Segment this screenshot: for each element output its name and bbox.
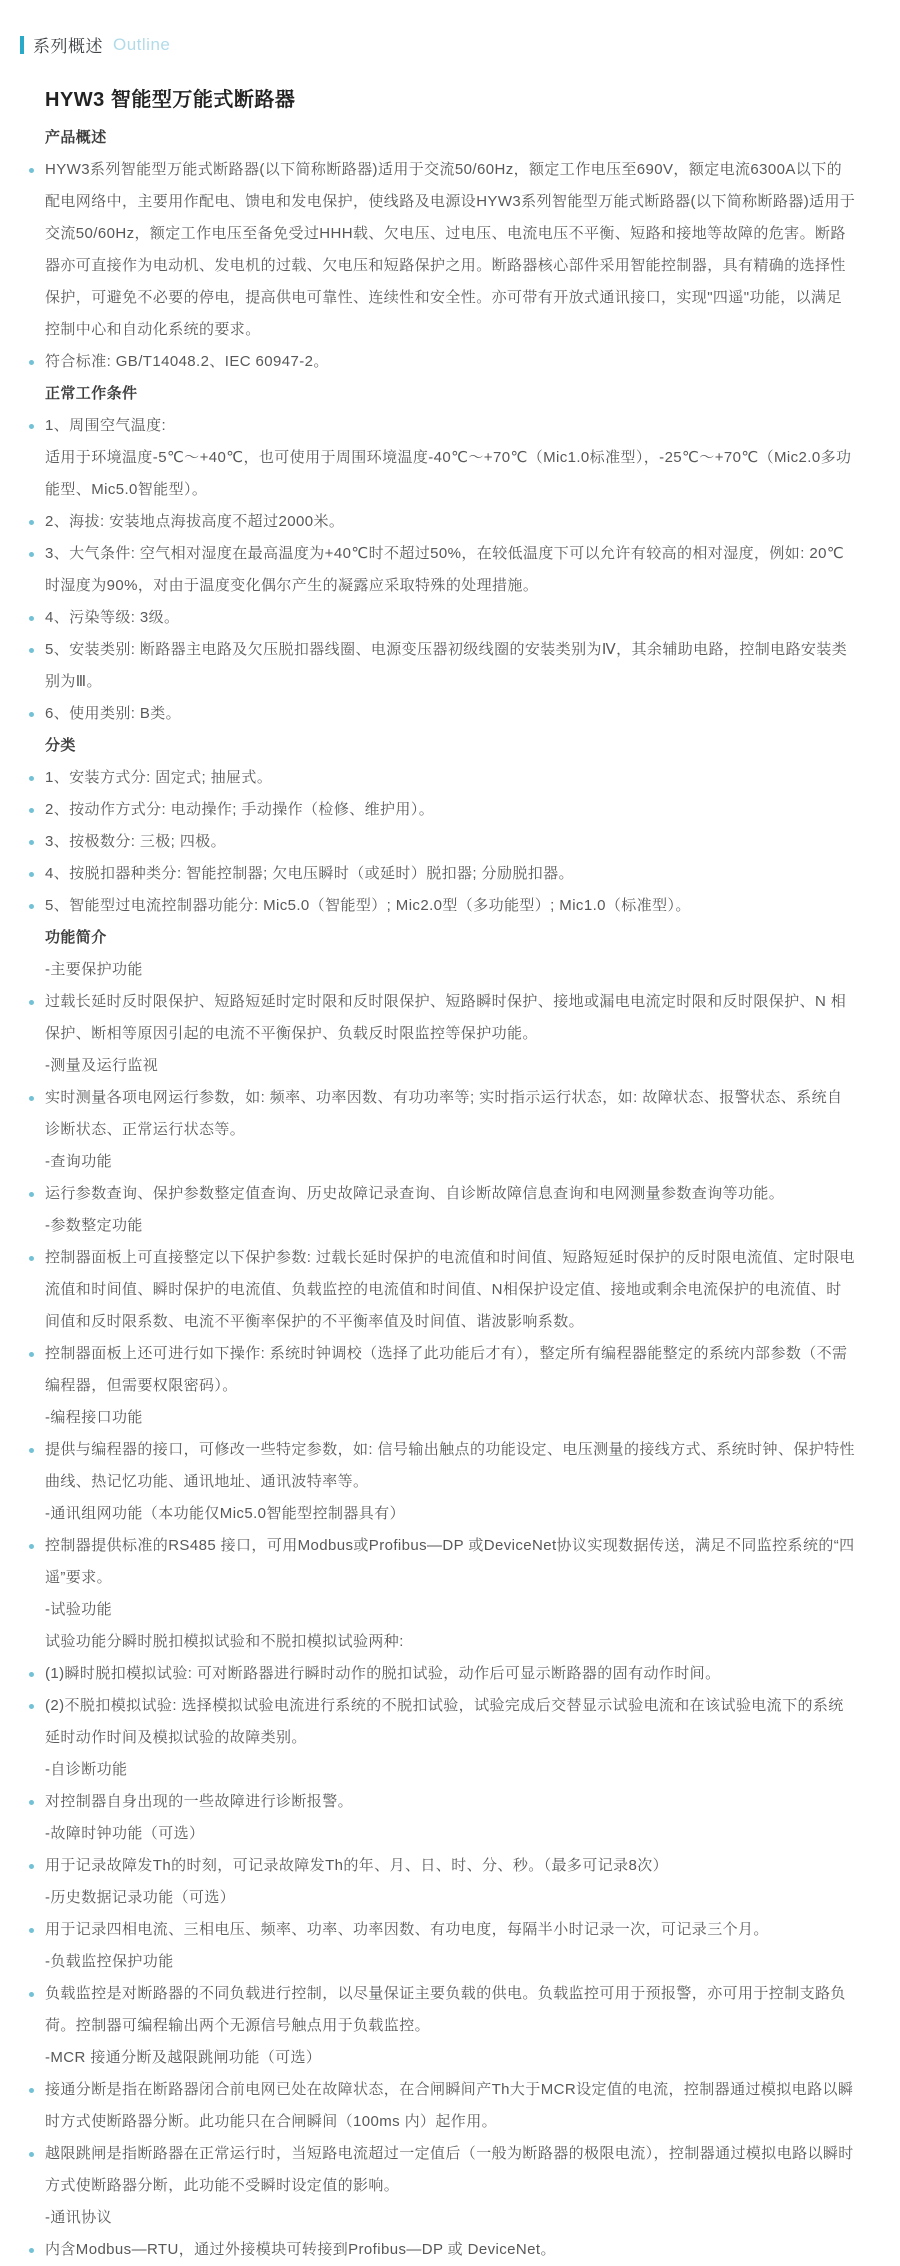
bullet-item: 内含Modbus—RTU，通过外接模块可转接到Profibus—DP 或 Dev… <box>45 2234 857 2266</box>
bullet-item: 用于记录故障发Th的时刻，可记录故障发Th的年、月、日、时、分、秒。（最多可记录… <box>45 1850 857 1882</box>
block-text: 过载长延时反时限保护、短路短延时定时限和反时限保护、短路瞬时保护、接地或漏电电流… <box>45 993 846 1042</box>
block-text: 适用于环境温度-5℃～+40℃，也可使用于周围环境温度-40℃～+70℃（Mic… <box>45 449 851 498</box>
block-text: 试验功能分瞬时脱扣模拟试验和不脱扣模拟试验两种: <box>45 1633 404 1650</box>
bullet-dot-icon <box>29 1192 34 1197</box>
block-text: 2、海拔: 安装地点海拔高度不超过2000米。 <box>45 513 344 530</box>
bullet-item: 负载监控是对断路器的不同负载进行控制，以尽量保证主要负载的供电。负载监控可用于预… <box>45 1978 857 2042</box>
text-line: -编程接口功能 <box>45 1402 857 1434</box>
bullet-dot-icon <box>29 840 34 845</box>
block-text: 用于记录故障发Th的时刻，可记录故障发Th的年、月、日、时、分、秒。（最多可记录… <box>45 1857 668 1874</box>
bullet-item: 1、安装方式分: 固定式; 抽屉式。 <box>45 762 857 794</box>
bullet-dot-icon <box>29 712 34 717</box>
block-text: 负载监控是对断路器的不同负载进行控制，以尽量保证主要负载的供电。负载监控可用于预… <box>45 1985 846 2034</box>
block-text: 1、安装方式分: 固定式; 抽屉式。 <box>45 769 272 786</box>
bullet-item: 对控制器自身出现的一些故障进行诊断报警。 <box>45 1786 857 1818</box>
bullet-dot-icon <box>29 1448 34 1453</box>
bullet-dot-icon <box>29 1704 34 1709</box>
text-line: -通讯协议 <box>45 2202 857 2234</box>
block-text: -历史数据记录功能（可选） <box>45 1889 235 1906</box>
block-text: -负载监控保护功能 <box>45 1953 174 1970</box>
bullet-dot-icon <box>29 872 34 877</box>
section-heading: 产品概述 <box>45 122 857 154</box>
bullet-item: (1)瞬时脱扣模拟试验: 可对断路器进行瞬时动作的脱扣试验，动作后可显示断路器的… <box>45 1658 857 1690</box>
text-line: 试验功能分瞬时脱扣模拟试验和不脱扣模拟试验两种: <box>45 1626 857 1658</box>
section-heading: 分类 <box>45 730 857 762</box>
bullet-dot-icon <box>29 1992 34 1997</box>
bullet-dot-icon <box>29 904 34 909</box>
block-text: 对控制器自身出现的一些故障进行诊断报警。 <box>45 1793 353 1810</box>
block-text: 正常工作条件 <box>45 385 137 402</box>
bullet-dot-icon <box>29 424 34 429</box>
block-text: -通讯组网功能（本功能仅Mic5.0智能型控制器具有） <box>45 1505 405 1522</box>
bullet-dot-icon <box>29 1928 34 1933</box>
text-line: -主要保护功能 <box>45 954 857 986</box>
bullet-item: 3、按极数分: 三极; 四极。 <box>45 826 857 858</box>
bullet-dot-icon <box>29 648 34 653</box>
block-text: -主要保护功能 <box>45 961 143 978</box>
bullet-dot-icon <box>29 776 34 781</box>
section-heading: 功能简介 <box>45 922 857 954</box>
block-text: -通讯协议 <box>45 2209 112 2226</box>
bullet-item: 运行参数查询、保护参数整定值查询、历史故障记录查询、自诊断故障信息查询和电网测量… <box>45 1178 857 1210</box>
block-text: 6、使用类别: B类。 <box>45 705 181 722</box>
block-text: 产品概述 <box>45 129 107 146</box>
bullet-dot-icon <box>29 1096 34 1101</box>
section-label-en: Outline <box>113 35 170 55</box>
block-text: 控制器面板上可直接整定以下保护参数: 过载长延时保护的电流值和时间值、短路短延时… <box>45 1249 855 1330</box>
block-text: 运行参数查询、保护参数整定值查询、历史故障记录查询、自诊断故障信息查询和电网测量… <box>45 1185 784 1202</box>
bullet-dot-icon <box>29 1256 34 1261</box>
bullet-item: (2)不脱扣模拟试验: 选择模拟试验电流进行系统的不脱扣试验，试验完成后交替显示… <box>45 1690 857 1754</box>
block-text: 4、按脱扣器种类分: 智能控制器; 欠电压瞬时（或延时）脱扣器; 分励脱扣器。 <box>45 865 574 882</box>
text-line: -试验功能 <box>45 1594 857 1626</box>
block-text: (1)瞬时脱扣模拟试验: 可对断路器进行瞬时动作的脱扣试验，动作后可显示断路器的… <box>45 1665 720 1682</box>
bullet-dot-icon <box>29 1544 34 1549</box>
section-heading: 正常工作条件 <box>45 378 857 410</box>
block-text: -MCR 接通分断及越限跳闸功能（可选） <box>45 2049 321 2066</box>
bullet-dot-icon <box>29 2248 34 2253</box>
bullet-dot-icon <box>29 2152 34 2157</box>
block-text: 控制器面板上还可进行如下操作: 系统时钟调校（选择了此功能后才有），整定所有编程… <box>45 1345 847 1394</box>
bullet-item: 4、污染等级: 3级。 <box>45 602 857 634</box>
section-header: 系列概述 Outline <box>0 0 900 57</box>
content-blocks: 产品概述HYW3系列智能型万能式断路器(以下简称断路器)适用于交流50/60Hz… <box>45 122 857 2266</box>
bullet-dot-icon <box>29 2088 34 2093</box>
text-line: 适用于环境温度-5℃～+40℃，也可使用于周围环境温度-40℃～+70℃（Mic… <box>45 442 857 506</box>
block-text: 5、安装类别: 断路器主电路及欠压脱扣器线圈、电源变压器初级线圈的安装类别为Ⅳ，… <box>45 641 847 690</box>
block-text: 符合标准: GB/T14048.2、IEC 60947-2。 <box>45 353 329 370</box>
block-text: 功能简介 <box>45 929 107 946</box>
bullet-dot-icon <box>29 1672 34 1677</box>
bullet-dot-icon <box>29 1864 34 1869</box>
bullet-item: 控制器面板上还可进行如下操作: 系统时钟调校（选择了此功能后才有），整定所有编程… <box>45 1338 857 1402</box>
block-text: 内含Modbus—RTU，通过外接模块可转接到Profibus—DP 或 Dev… <box>45 2241 556 2258</box>
text-line: -故障时钟功能（可选） <box>45 1818 857 1850</box>
bullet-item: 2、按动作方式分: 电动操作; 手动操作（检修、维护用）。 <box>45 794 857 826</box>
bullet-dot-icon <box>29 1800 34 1805</box>
bullet-item: 越限跳闸是指断路器在正常运行时，当短路电流超过一定值后（一般为断路器的极限电流）… <box>45 2138 857 2202</box>
block-text: 控制器提供标准的RS485 接口，可用Modbus或Profibus—DP 或D… <box>45 1537 855 1586</box>
bullet-item: 4、按脱扣器种类分: 智能控制器; 欠电压瞬时（或延时）脱扣器; 分励脱扣器。 <box>45 858 857 890</box>
bullet-item: 6、使用类别: B类。 <box>45 698 857 730</box>
block-text: 5、智能型过电流控制器功能分: Mic5.0（智能型）; Mic2.0型（多功能… <box>45 897 691 914</box>
bullet-item: 用于记录四相电流、三相电压、频率、功率、功率因数、有功电度，每隔半小时记录一次，… <box>45 1914 857 1946</box>
block-text: 3、大气条件: 空气相对湿度在最高温度为+40℃时不超过50%，在较低温度下可以… <box>45 545 844 594</box>
block-text: 2、按动作方式分: 电动操作; 手动操作（检修、维护用）。 <box>45 801 434 818</box>
text-line: -MCR 接通分断及越限跳闸功能（可选） <box>45 2042 857 2074</box>
bullet-item: 过载长延时反时限保护、短路短延时定时限和反时限保护、短路瞬时保护、接地或漏电电流… <box>45 986 857 1050</box>
bullet-item: HYW3系列智能型万能式断路器(以下简称断路器)适用于交流50/60Hz，额定工… <box>45 154 857 346</box>
bullet-dot-icon <box>29 520 34 525</box>
block-text: 越限跳闸是指断路器在正常运行时，当短路电流超过一定值后（一般为断路器的极限电流）… <box>45 2145 854 2194</box>
block-text: 4、污染等级: 3级。 <box>45 609 179 626</box>
block-text: 实时测量各项电网运行参数，如: 频率、功率因数、有功功率等; 实时指示运行状态，… <box>45 1089 842 1138</box>
block-text: 接通分断是指在断路器闭合前电网已处在故障状态，在合闸瞬间产Th大于MCR设定值的… <box>45 2081 853 2130</box>
page-title: HYW3 智能型万能式断路器 <box>45 83 900 112</box>
bullet-item: 2、海拔: 安装地点海拔高度不超过2000米。 <box>45 506 857 538</box>
bullet-dot-icon <box>29 808 34 813</box>
bullet-item: 5、智能型过电流控制器功能分: Mic5.0（智能型）; Mic2.0型（多功能… <box>45 890 857 922</box>
bullet-item: 5、安装类别: 断路器主电路及欠压脱扣器线圈、电源变压器初级线圈的安装类别为Ⅳ，… <box>45 634 857 698</box>
bullet-item: 符合标准: GB/T14048.2、IEC 60947-2。 <box>45 346 857 378</box>
bullet-item: 1、周围空气温度: <box>45 410 857 442</box>
block-text: 3、按极数分: 三极; 四极。 <box>45 833 226 850</box>
block-text: -测量及运行监视 <box>45 1057 158 1074</box>
bullet-dot-icon <box>29 168 34 173</box>
accent-bar-icon <box>20 36 24 54</box>
section-label-zh: 系列概述 <box>33 32 103 57</box>
bullet-item: 3、大气条件: 空气相对湿度在最高温度为+40℃时不超过50%，在较低温度下可以… <box>45 538 857 602</box>
block-text: -编程接口功能 <box>45 1409 143 1426</box>
bullet-dot-icon <box>29 1352 34 1357</box>
block-text: 1、周围空气温度: <box>45 417 166 434</box>
bullet-item: 控制器面板上可直接整定以下保护参数: 过载长延时保护的电流值和时间值、短路短延时… <box>45 1242 857 1338</box>
text-line: -测量及运行监视 <box>45 1050 857 1082</box>
block-text: 用于记录四相电流、三相电压、频率、功率、功率因数、有功电度，每隔半小时记录一次，… <box>45 1921 769 1938</box>
bullet-dot-icon <box>29 552 34 557</box>
block-text: 分类 <box>45 737 76 754</box>
bullet-item: 接通分断是指在断路器闭合前电网已处在故障状态，在合闸瞬间产Th大于MCR设定值的… <box>45 2074 857 2138</box>
bullet-item: 提供与编程器的接口，可修改一些特定参数，如: 信号输出触点的功能设定、电压测量的… <box>45 1434 857 1498</box>
text-line: -负载监控保护功能 <box>45 1946 857 1978</box>
text-line: -通讯组网功能（本功能仅Mic5.0智能型控制器具有） <box>45 1498 857 1530</box>
bullet-dot-icon <box>29 360 34 365</box>
bullet-dot-icon <box>29 616 34 621</box>
text-line: -参数整定功能 <box>45 1210 857 1242</box>
bullet-dot-icon <box>29 1000 34 1005</box>
block-text: -试验功能 <box>45 1601 112 1618</box>
block-text: 提供与编程器的接口，可修改一些特定参数，如: 信号输出触点的功能设定、电压测量的… <box>45 1441 855 1490</box>
block-text: -查询功能 <box>45 1153 112 1170</box>
bullet-item: 控制器提供标准的RS485 接口，可用Modbus或Profibus—DP 或D… <box>45 1530 857 1594</box>
text-line: -自诊断功能 <box>45 1754 857 1786</box>
block-text: -自诊断功能 <box>45 1761 127 1778</box>
text-line: -查询功能 <box>45 1146 857 1178</box>
block-text: -故障时钟功能（可选） <box>45 1825 204 1842</box>
block-text: HYW3系列智能型万能式断路器(以下简称断路器)适用于交流50/60Hz，额定工… <box>45 161 855 338</box>
bullet-item: 实时测量各项电网运行参数，如: 频率、功率因数、有功功率等; 实时指示运行状态，… <box>45 1082 857 1146</box>
block-text: (2)不脱扣模拟试验: 选择模拟试验电流进行系统的不脱扣试验，试验完成后交替显示… <box>45 1697 844 1746</box>
block-text: -参数整定功能 <box>45 1217 143 1234</box>
text-line: -历史数据记录功能（可选） <box>45 1882 857 1914</box>
